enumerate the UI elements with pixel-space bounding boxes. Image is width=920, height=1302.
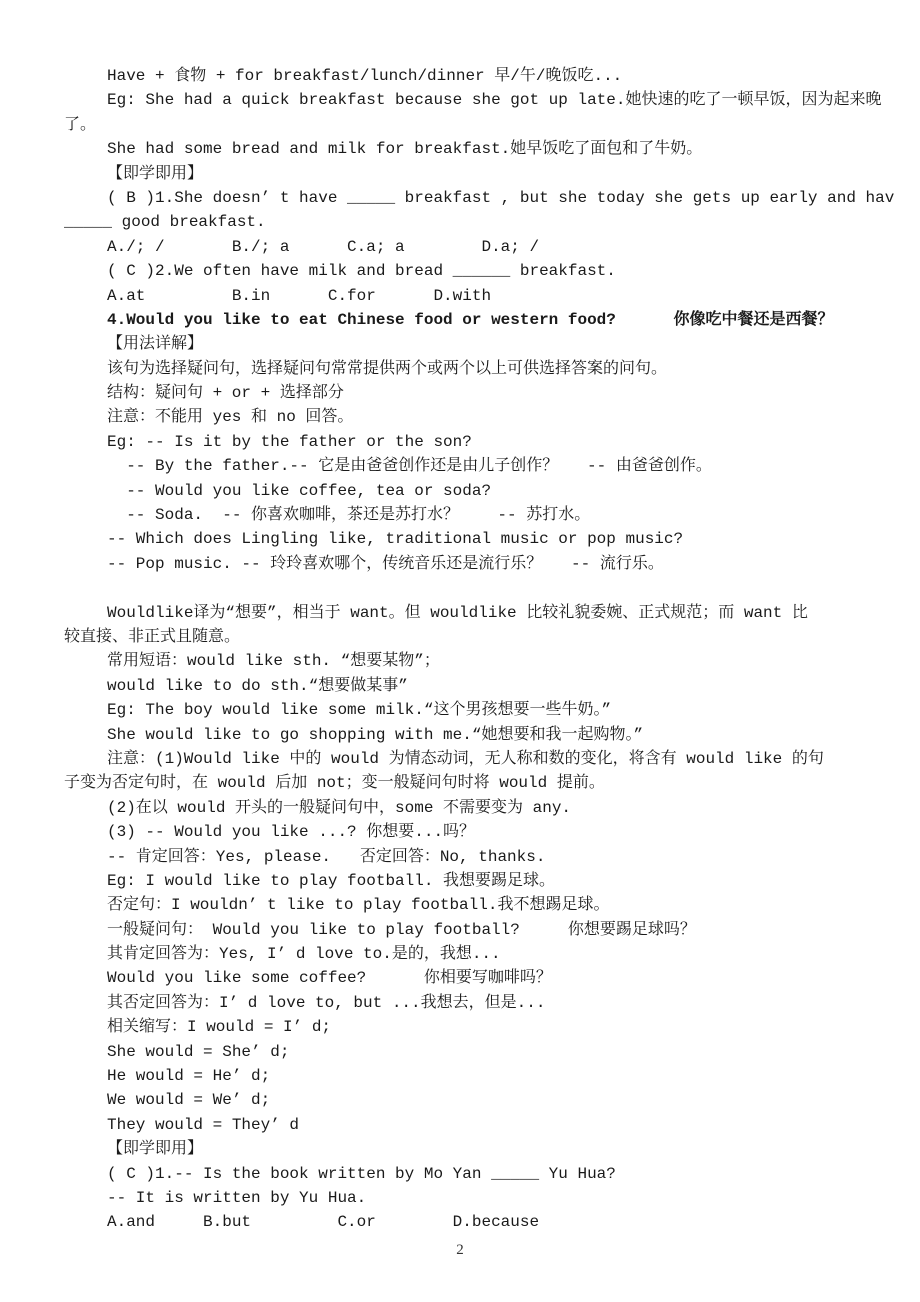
text-line: A./; / B./; a C.a; a D.a; / bbox=[64, 235, 894, 259]
text-line: 常用短语：would like sth. “想要某物”； bbox=[64, 649, 894, 673]
text-line: 【即学即用】 bbox=[64, 162, 894, 186]
text-line: They would = They’ d bbox=[64, 1113, 894, 1137]
document-page: { "page": { "number": "2", "background_c… bbox=[0, 0, 920, 1302]
text-line: Eg: The boy would like some milk.“这个男孩想要… bbox=[64, 698, 894, 722]
text-line: (3) -- Would you like ...? 你想要...吗？ bbox=[64, 820, 894, 844]
text-line: -- Soda. -- 你喜欢咖啡，茶还是苏打水？ -- 苏打水。 bbox=[64, 503, 894, 527]
text-line: 【用法详解】 bbox=[64, 332, 894, 356]
text-line: 子变为否定句时，在 would 后加 not；变一般疑问句时将 would 提前… bbox=[64, 771, 894, 795]
text-line: 较直接、非正式且随意。 bbox=[64, 625, 894, 649]
text-line: 一般疑问句： Would you like to play football? … bbox=[64, 918, 894, 942]
text-line: would like to do sth.“想要做某事” bbox=[64, 674, 894, 698]
text-line bbox=[64, 576, 894, 600]
text-line: _____ good breakfast. bbox=[64, 210, 894, 234]
text-line: Wouldlike译为“想要”，相当于 want。但 wouldlike 比较礼… bbox=[64, 601, 894, 625]
text-line: 其肯定回答为：Yes, I’ d love to.是的，我想... bbox=[64, 942, 894, 966]
text-line: 【即学即用】 bbox=[64, 1137, 894, 1161]
text-line: 相关缩写：I would = I’ d; bbox=[64, 1015, 894, 1039]
text-line: Eg: -- Is it by the father or the son? bbox=[64, 430, 894, 454]
text-line: -- It is written by Yu Hua. bbox=[64, 1186, 894, 1210]
text-line: 4.Would you like to eat Chinese food or … bbox=[64, 308, 894, 332]
text-line: -- Which does Lingling like, traditional… bbox=[64, 527, 894, 551]
text-line: Eg: She had a quick breakfast because sh… bbox=[64, 88, 894, 112]
text-line: She had some bread and milk for breakfas… bbox=[64, 137, 894, 161]
text-line: 否定句：I wouldn’ t like to play football.我不… bbox=[64, 893, 894, 917]
text-line: (2)在以 would 开头的一般疑问句中，some 不需要变为 any. bbox=[64, 796, 894, 820]
text-line: He would = He’ d; bbox=[64, 1064, 894, 1088]
document-body: Have + 食物 + for breakfast/lunch/dinner 早… bbox=[64, 64, 894, 1235]
page-number: 2 bbox=[0, 1240, 920, 1260]
text-line: 注意：(1)Would like 中的 would 为情态动词，无人称和数的变化… bbox=[64, 747, 894, 771]
text-line: 结构：疑问句 + or + 选择部分 bbox=[64, 381, 894, 405]
text-line: Would you like some coffee? 你相要写咖啡吗？ bbox=[64, 966, 894, 990]
text-line: ( B )1.She doesn’ t have _____ breakfast… bbox=[64, 186, 894, 210]
text-line: 其否定回答为：I’ d love to, but ...我想去，但是... bbox=[64, 991, 894, 1015]
text-line: 注意：不能用 yes 和 no 回答。 bbox=[64, 405, 894, 429]
text-line: -- 肯定回答：Yes, please. 否定回答：No, thanks. bbox=[64, 845, 894, 869]
text-line: We would = We’ d; bbox=[64, 1088, 894, 1112]
text-line: A.at B.in C.for D.with bbox=[64, 284, 894, 308]
text-line: -- By the father.-- 它是由爸爸创作还是由儿子创作？ -- 由… bbox=[64, 454, 894, 478]
text-line: -- Would you like coffee, tea or soda? bbox=[64, 479, 894, 503]
text-line: ( C )2.We often have milk and bread ____… bbox=[64, 259, 894, 283]
text-line: She would = She’ d; bbox=[64, 1040, 894, 1064]
text-line: Eg: I would like to play football. 我想要踢足… bbox=[64, 869, 894, 893]
text-line: She would like to go shopping with me.“她… bbox=[64, 723, 894, 747]
text-line: 该句为选择疑问句，选择疑问句常常提供两个或两个以上可供选择答案的问句。 bbox=[64, 357, 894, 381]
text-line: A.and B.but C.or D.because bbox=[64, 1210, 894, 1234]
text-line: ( C )1.-- Is the book written by Mo Yan … bbox=[64, 1162, 894, 1186]
text-line: 了。 bbox=[64, 113, 894, 137]
text-line: Have + 食物 + for breakfast/lunch/dinner 早… bbox=[64, 64, 894, 88]
text-line: -- Pop music. -- 玲玲喜欢哪个，传统音乐还是流行乐？ -- 流行… bbox=[64, 552, 894, 576]
